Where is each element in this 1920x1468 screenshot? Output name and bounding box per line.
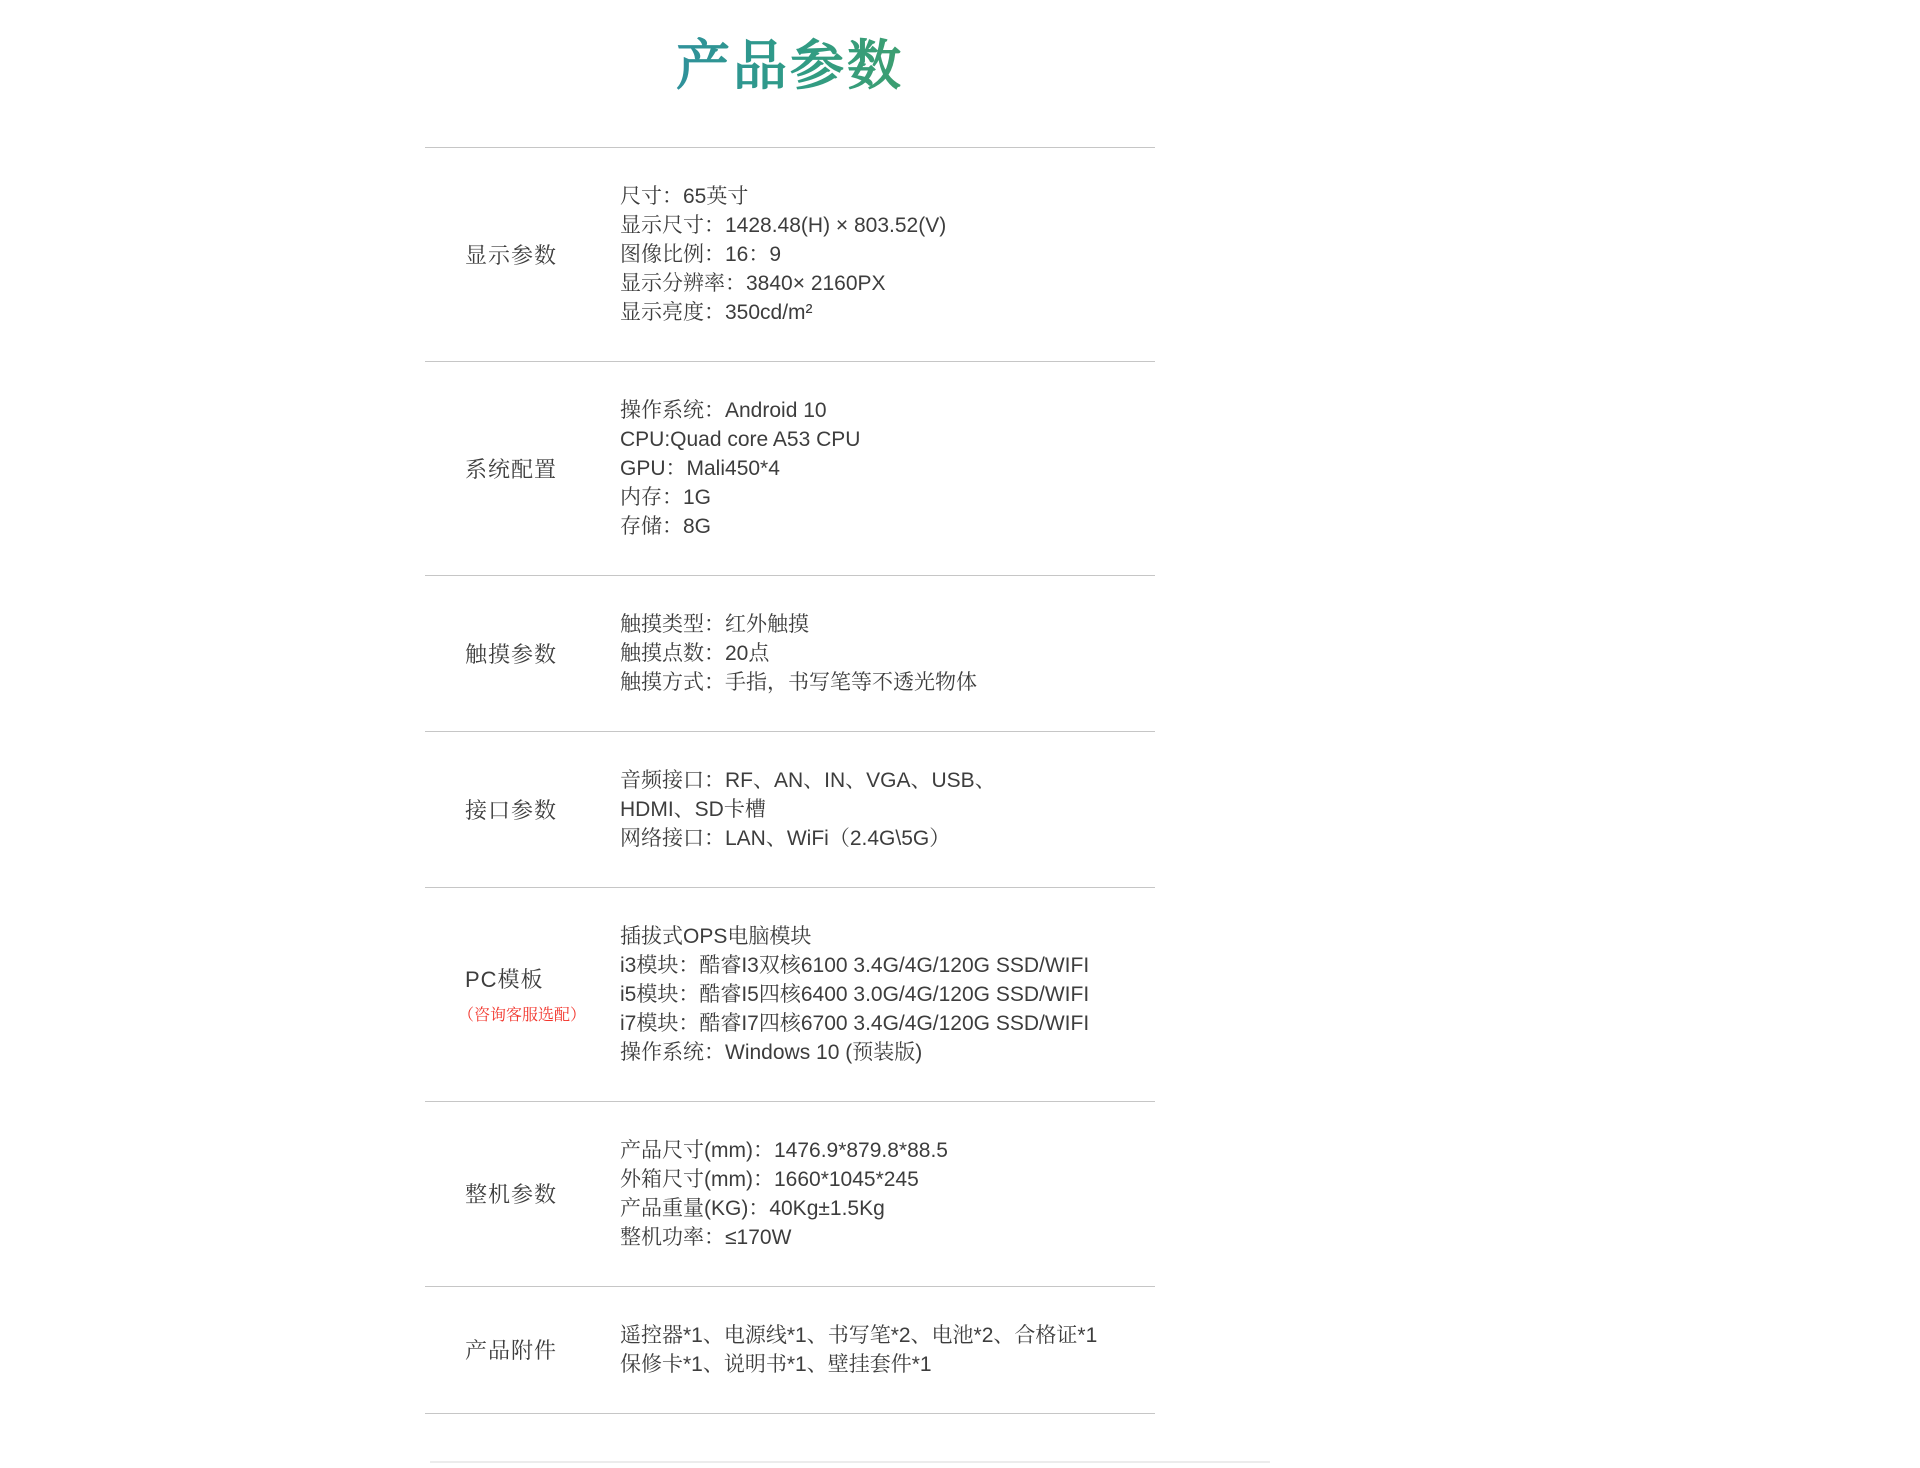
spec-line: 产品重量(KG)：40Kg±1.5Kg — [620, 1194, 1155, 1223]
spec-line: 内存：1G — [620, 483, 1155, 512]
spec-line: 插拔式OPS电脑模块 — [620, 922, 1155, 951]
spec-row: 整机参数 产品尺寸(mm)：1476.9*879.8*88.5外箱尺寸(mm)：… — [425, 1101, 1155, 1286]
spec-row: 系统配置 操作系统：Android 10CPU:Quad core A53 CP… — [425, 361, 1155, 575]
page: { "title": "产品参数", "colors": { "title_gr… — [0, 0, 1920, 1468]
spec-line: 产品尺寸(mm)：1476.9*879.8*88.5 — [620, 1136, 1155, 1165]
spec-row-label: 接口参数 — [465, 794, 557, 825]
spec-line: 整机功率：≤170W — [620, 1223, 1155, 1252]
spec-row-label-cell: 显示参数 — [425, 182, 620, 327]
spec-row: PC模板 （咨询客服选配） 插拔式OPS电脑模块i3模块：酷睿I3双核6100 … — [425, 887, 1155, 1101]
spec-row-label-cell: 产品附件 — [425, 1321, 620, 1379]
spec-row: 产品附件 遥控器*1、电源线*1、书写笔*2、电池*2、合格证*1保修卡*1、说… — [425, 1286, 1155, 1413]
spec-row-content: 操作系统：Android 10CPU:Quad core A53 CPUGPU：… — [620, 396, 1155, 541]
spec-row: 触摸参数 触摸类型：红外触摸触摸点数：20点触摸方式：手指，书写笔等不透光物体 — [425, 575, 1155, 731]
next-section-edge — [430, 1461, 1270, 1463]
spec-line: i3模块：酷睿I3双核6100 3.4G/4G/120G SSD/WIFI — [620, 951, 1155, 980]
spec-row: 接口参数 音频接口：RF、AN、IN、VGA、USB、HDMI、SD卡槽网络接口… — [425, 731, 1155, 887]
spec-sheet: 产品参数 显示参数 尺寸：65英寸显示尺寸：1428.48(H) × 803.5… — [425, 0, 1155, 1414]
spec-row-label-cell: 触摸参数 — [425, 610, 620, 697]
spec-line: 尺寸：65英寸 — [620, 182, 1155, 211]
spec-row-label-cell: PC模板 （咨询客服选配） — [425, 922, 620, 1067]
spec-line: i5模块：酷睿I5四核6400 3.0G/4G/120G SSD/WIFI — [620, 980, 1155, 1009]
spec-line: 操作系统：Windows 10 (预装版) — [620, 1038, 1155, 1067]
spec-line: GPU：Mali450*4 — [620, 454, 1155, 483]
spec-row-label: PC模板 — [465, 963, 544, 994]
spec-row-label-cell: 整机参数 — [425, 1136, 620, 1252]
spec-line: 音频接口：RF、AN、IN、VGA、USB、 — [620, 766, 1155, 795]
spec-line: 显示尺寸：1428.48(H) × 803.52(V) — [620, 211, 1155, 240]
spec-row-label: 触摸参数 — [465, 638, 557, 669]
spec-line: 网络接口：LAN、WiFi（2.4G\5G） — [620, 824, 1155, 853]
spec-line: 存储：8G — [620, 512, 1155, 541]
spec-row-label: 产品附件 — [465, 1334, 557, 1365]
spec-row-content: 产品尺寸(mm)：1476.9*879.8*88.5外箱尺寸(mm)：1660*… — [620, 1136, 1155, 1252]
spec-line: 图像比例：16：9 — [620, 240, 1155, 269]
spec-row-label: 整机参数 — [465, 1178, 557, 1209]
spec-row-label: 显示参数 — [465, 239, 557, 270]
page-title: 产品参数 — [425, 34, 1155, 99]
spec-row-label-cell: 接口参数 — [425, 766, 620, 853]
spec-row-note: （咨询客服选配） — [458, 1002, 586, 1025]
spec-table: 显示参数 尺寸：65英寸显示尺寸：1428.48(H) × 803.52(V)图… — [425, 147, 1155, 1414]
spec-line: i7模块：酷睿I7四核6700 3.4G/4G/120G SSD/WIFI — [620, 1009, 1155, 1038]
spec-row-content: 遥控器*1、电源线*1、书写笔*2、电池*2、合格证*1保修卡*1、说明书*1、… — [620, 1321, 1155, 1379]
spec-row-label-cell: 系统配置 — [425, 396, 620, 541]
spec-line: 操作系统：Android 10 — [620, 396, 1155, 425]
spec-line: 外箱尺寸(mm)：1660*1045*245 — [620, 1165, 1155, 1194]
spec-line: CPU:Quad core A53 CPU — [620, 425, 1155, 454]
spec-row-content: 插拔式OPS电脑模块i3模块：酷睿I3双核6100 3.4G/4G/120G S… — [620, 922, 1155, 1067]
spec-line: 触摸方式：手指，书写笔等不透光物体 — [620, 668, 1155, 697]
spec-row-content: 尺寸：65英寸显示尺寸：1428.48(H) × 803.52(V)图像比例：1… — [620, 182, 1155, 327]
spec-row-content: 音频接口：RF、AN、IN、VGA、USB、HDMI、SD卡槽网络接口：LAN、… — [620, 766, 1155, 853]
spec-row-content: 触摸类型：红外触摸触摸点数：20点触摸方式：手指，书写笔等不透光物体 — [620, 610, 1155, 697]
spec-row-label: 系统配置 — [465, 453, 557, 484]
spec-row: 显示参数 尺寸：65英寸显示尺寸：1428.48(H) × 803.52(V)图… — [425, 147, 1155, 361]
spec-line: 显示亮度：350cd/m² — [620, 298, 1155, 327]
spec-line: 保修卡*1、说明书*1、壁挂套件*1 — [620, 1350, 1155, 1379]
spec-line: 触摸类型：红外触摸 — [620, 610, 1155, 639]
spec-line: HDMI、SD卡槽 — [620, 795, 1155, 824]
spec-line: 遥控器*1、电源线*1、书写笔*2、电池*2、合格证*1 — [620, 1321, 1155, 1350]
spec-line: 显示分辨率：3840× 2160PX — [620, 269, 1155, 298]
spec-line: 触摸点数：20点 — [620, 639, 1155, 668]
